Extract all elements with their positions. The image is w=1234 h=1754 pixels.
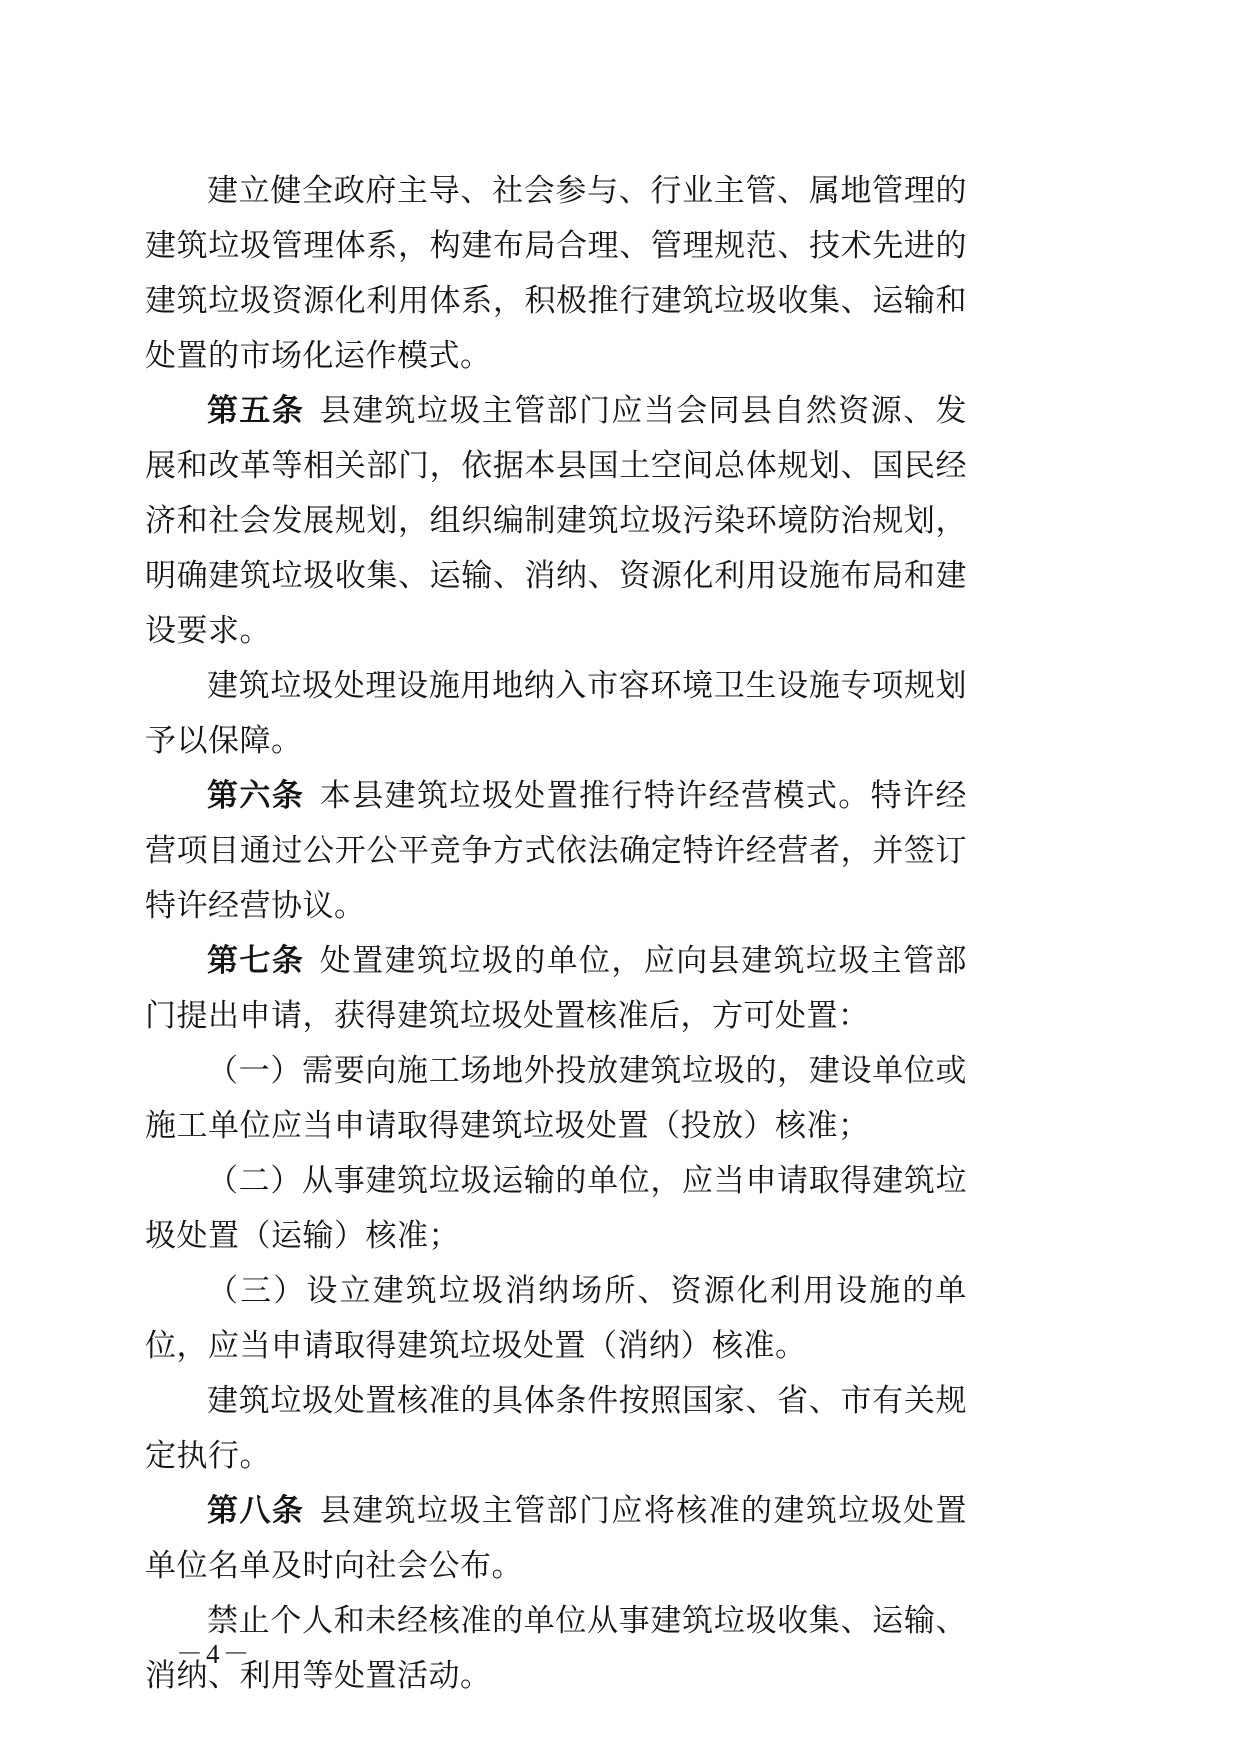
paragraph-land-guarantee: 建筑垃圾处理设施用地纳入市容环境卫生设施专项规划予以保障。 — [145, 658, 967, 768]
article-number: 第六条 — [207, 778, 304, 813]
paragraph-text: （二）从事建筑垃圾运输的单位，应当申请取得建筑垃圾处置（运输）核准； — [145, 1163, 967, 1253]
paragraph-text: 建筑垃圾处置核准的具体条件按照国家、省、市有关规定执行。 — [145, 1383, 967, 1473]
paragraph-article-7: 第七条处置建筑垃圾的单位，应向县建筑垃圾主管部门提出申请，获得建筑垃圾处置核准后… — [145, 933, 967, 1043]
paragraph-prohibition: 禁止个人和未经核准的单位从事建筑垃圾收集、运输、消纳、利用等处置活动。 — [145, 1593, 967, 1703]
article-number: 第五条 — [207, 393, 304, 428]
paragraph-article-5: 第五条县建筑垃圾主管部门应当会同县自然资源、发展和改革等相关部门，依据本县国土空… — [145, 383, 967, 658]
paragraph-text: 建筑垃圾处理设施用地纳入市容环境卫生设施专项规划予以保障。 — [145, 668, 967, 758]
paragraph-item-2: （二）从事建筑垃圾运输的单位，应当申请取得建筑垃圾处置（运输）核准； — [145, 1153, 967, 1263]
paragraph-text: （三）设立建筑垃圾消纳场所、资源化利用设施的单位，应当申请取得建筑垃圾处置（消纳… — [145, 1273, 967, 1363]
paragraph-text: （一）需要向施工场地外投放建筑垃圾的，建设单位或施工单位应当申请取得建筑垃圾处置… — [145, 1053, 967, 1143]
article-number: 第八条 — [207, 1493, 304, 1528]
paragraph-article-6: 第六条本县建筑垃圾处置推行特许经营模式。特许经营项目通过公开公平竞争方式依法确定… — [145, 768, 967, 933]
paragraph-text: 建立健全政府主导、社会参与、行业主管、属地管理的建筑垃圾管理体系，构建布局合理、… — [145, 173, 967, 373]
document-page: 建立健全政府主导、社会参与、行业主管、属地管理的建筑垃圾管理体系，构建布局合理、… — [0, 0, 1234, 1754]
page-content: 建立健全政府主导、社会参与、行业主管、属地管理的建筑垃圾管理体系，构建布局合理、… — [145, 163, 967, 1703]
paragraph-item-3: （三）设立建筑垃圾消纳场所、资源化利用设施的单位，应当申请取得建筑垃圾处置（消纳… — [145, 1263, 967, 1373]
paragraph-approval-conditions: 建筑垃圾处置核准的具体条件按照国家、省、市有关规定执行。 — [145, 1373, 967, 1483]
paragraph-management-system: 建立健全政府主导、社会参与、行业主管、属地管理的建筑垃圾管理体系，构建布局合理、… — [145, 163, 967, 383]
page-number: －4－ — [176, 1632, 253, 1671]
paragraph-text: 禁止个人和未经核准的单位从事建筑垃圾收集、运输、消纳、利用等处置活动。 — [145, 1603, 967, 1693]
article-number: 第七条 — [207, 943, 304, 978]
paragraph-article-8: 第八条县建筑垃圾主管部门应将核准的建筑垃圾处置单位名单及时向社会公布。 — [145, 1483, 967, 1593]
paragraph-item-1: （一）需要向施工场地外投放建筑垃圾的，建设单位或施工单位应当申请取得建筑垃圾处置… — [145, 1043, 967, 1153]
paragraph-text: 县建筑垃圾主管部门应当会同县自然资源、发展和改革等相关部门，依据本县国土空间总体… — [145, 393, 967, 648]
